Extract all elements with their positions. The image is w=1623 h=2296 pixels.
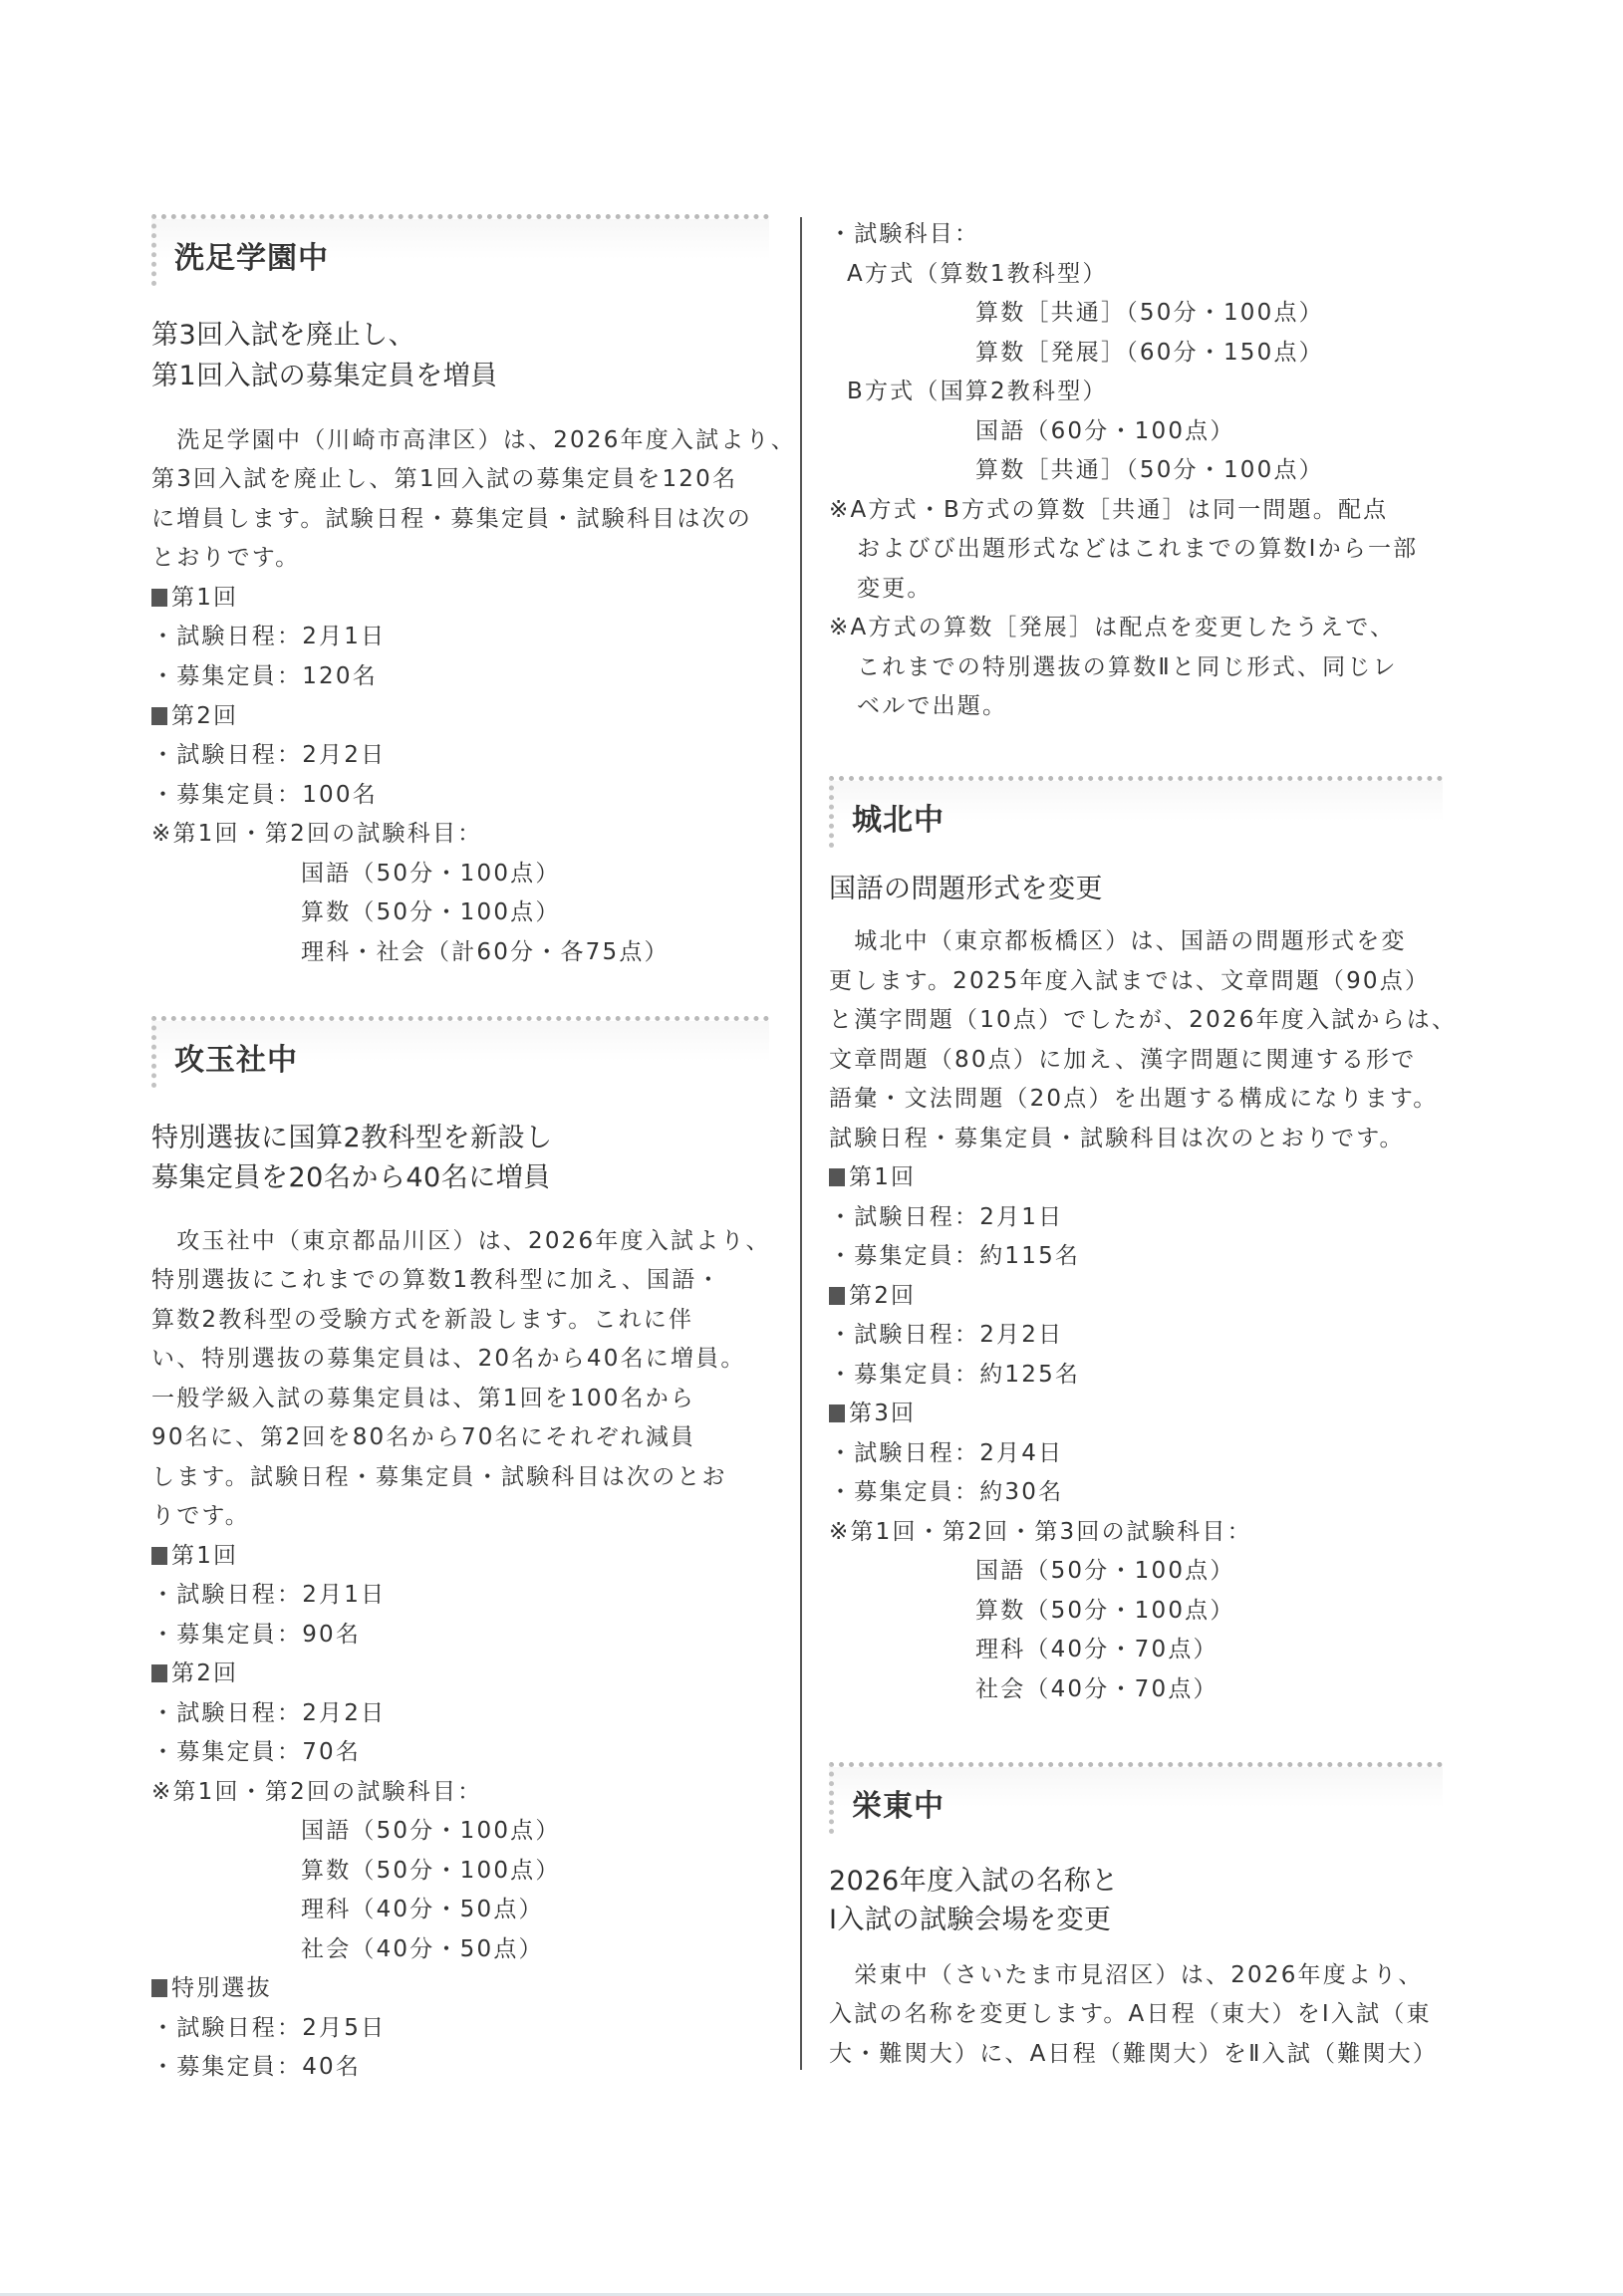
subject-item: 国語（60分・100点）: [829, 412, 1235, 445]
square-bullet-icon: [151, 1664, 167, 1682]
body-text: 試験日程・募集定員・試験科目は次のとおりです。: [829, 1120, 1405, 1152]
capacity: ・募集定員：約30名: [829, 1473, 1063, 1506]
capacity: ・募集定員：100名: [151, 776, 378, 809]
body-text: 語彙・文法問題（20点）を出題する構成になります。: [829, 1080, 1438, 1113]
method-a: A方式（算数1教科型）: [829, 255, 1108, 288]
body-text: 一般学級入試の募集定員は、第1回を100名から: [151, 1380, 695, 1412]
headline: 国語の問題形式を変更: [829, 867, 1103, 905]
school-header-senzoku: 洗足学園中: [151, 214, 769, 286]
body-text: 入試の名称を変更します。A日程（東大）をⅠ入試（東: [829, 1995, 1432, 2028]
body-text: 攻玉社中（東京都品川区）は、2026年度入試より、: [151, 1222, 771, 1255]
method-b: B方式（国算2教科型）: [829, 373, 1108, 405]
subjects-note: ※第1回・第2回・第3回の試験科目：: [829, 1513, 1252, 1546]
exam-date: ・試験日程：2月2日: [829, 1316, 1063, 1349]
body-text: 90名に、第2回を80名から70名にそれぞれ減員: [151, 1418, 695, 1451]
body-text: りです。: [151, 1497, 250, 1530]
note-text: ※A方式の算数［発展］は配点を変更したうえで、: [829, 609, 1395, 641]
round-heading: 第1回: [151, 579, 238, 612]
exam-date: ・試験日程：2月1日: [151, 618, 386, 650]
subjects-label: ・試験科目：: [829, 215, 979, 248]
round-heading: 特別選抜: [151, 1969, 272, 2002]
square-bullet-icon: [151, 1979, 167, 1997]
body-text: に増員します。試験日程・募集定員・試験科目は次の: [151, 500, 752, 533]
capacity: ・募集定員：90名: [151, 1616, 361, 1649]
school-header-johoku: 城北中: [829, 776, 1443, 848]
headline: 第3回入試を廃止し、: [151, 313, 415, 352]
capacity: ・募集定員：40名: [151, 2048, 361, 2081]
body-text: と漢字問題（10点）でしたが、2026年度入試からは、: [829, 1001, 1457, 1034]
round-heading: 第2回: [151, 1655, 238, 1687]
subject-item: 算数（50分・100点）: [151, 1852, 561, 1885]
subject-item: 理科（40分・50点）: [151, 1891, 544, 1923]
school-header-kogyokusha: 攻玉社中: [151, 1016, 769, 1088]
subject-item: 国語（50分・100点）: [151, 855, 561, 888]
exam-date: ・試験日程：2月4日: [829, 1434, 1063, 1467]
square-bullet-icon: [151, 589, 167, 607]
square-bullet-icon: [829, 1287, 845, 1305]
subject-item: 算数［発展］（60分・150点）: [829, 334, 1324, 367]
school-header-sakae-higashi: 栄東中: [829, 1762, 1443, 1834]
school-name: 攻玉社中: [174, 1035, 298, 1079]
body-text: します。試験日程・募集定員・試験科目は次のとお: [151, 1458, 727, 1491]
body-text: 文章問題（80点）に加え、漢字問題に関連する形で: [829, 1041, 1416, 1074]
capacity: ・募集定員：約125名: [829, 1356, 1080, 1389]
body-text: 栄東中（さいたま市見沼区）は、2026年度より、: [829, 1956, 1424, 1989]
body-text: 更します。2025年度入試までは、文章問題（90点）: [829, 962, 1430, 995]
round-heading: 第1回: [151, 1537, 238, 1570]
subject-item: 算数［共通］（50分・100点）: [829, 451, 1324, 484]
subject-item: 算数（50分・100点）: [151, 893, 561, 926]
capacity: ・募集定員：120名: [151, 657, 378, 690]
note-text: ベルで出題。: [829, 687, 1007, 720]
capacity: ・募集定員：70名: [151, 1733, 361, 1766]
exam-date: ・試験日程：2月2日: [151, 736, 386, 769]
body-text: 特別選抜にこれまでの算数1教科型に加え、国語・: [151, 1261, 722, 1294]
exam-date: ・試験日程：2月5日: [151, 2009, 386, 2042]
headline: 募集定員を20名から40名に増員: [151, 1155, 551, 1194]
subjects-note: ※第1回・第2回の試験科目：: [151, 815, 482, 848]
school-name: 城北中: [852, 795, 945, 839]
body-text: とおりです。: [151, 539, 300, 572]
exam-date: ・試験日程：2月1日: [829, 1198, 1063, 1231]
subject-item: 算数［共通］（50分・100点）: [829, 294, 1324, 327]
body-text: い、特別選抜の募集定員は、20名から40名に増員。: [151, 1340, 746, 1373]
exam-date: ・試験日程：2月1日: [151, 1576, 386, 1609]
subject-item: 社会（40分・50点）: [151, 1930, 544, 1963]
note-text: これまでの特別選抜の算数Ⅱと同じ形式、同じレ: [829, 648, 1398, 681]
subject-item: 算数（50分・100点）: [829, 1592, 1235, 1625]
round-heading: 第2回: [829, 1277, 916, 1310]
note-text: 変更。: [829, 570, 933, 603]
note-text: およびび出題形式などはこれまでの算数Ⅰから一部: [829, 530, 1418, 563]
school-name: 洗足学園中: [174, 233, 329, 277]
headline: Ⅰ入試の試験会場を変更: [829, 1898, 1111, 1936]
headline: 2026年度入試の名称と: [829, 1859, 1119, 1898]
note-text: ※A方式・B方式の算数［共通］は同一問題。配点: [829, 491, 1388, 524]
subject-item: 国語（50分・100点）: [829, 1552, 1235, 1585]
square-bullet-icon: [151, 707, 167, 725]
exam-date: ・試験日程：2月2日: [151, 1694, 386, 1727]
school-name: 栄東中: [852, 1781, 945, 1825]
round-heading: 第1回: [829, 1158, 916, 1191]
capacity: ・募集定員：約115名: [829, 1237, 1080, 1270]
headline: 第1回入試の募集定員を増員: [151, 354, 498, 392]
body-text: 第3回入試を廃止し、第1回入試の募集定員を120名: [151, 460, 737, 493]
body-text: 城北中（東京都板橋区）は、国語の問題形式を変: [829, 922, 1407, 955]
body-text: 算数2教科型の受験方式を新設します。これに伴: [151, 1301, 693, 1334]
subject-item: 国語（50分・100点）: [151, 1812, 561, 1845]
subjects-note: ※第1回・第2回の試験科目：: [151, 1773, 482, 1806]
headline: 特別選抜に国算2教科型を新設し: [151, 1116, 553, 1154]
body-text: 大・難関大）に、A日程（難関大）をⅡ入試（難関大）: [829, 2035, 1438, 2068]
round-heading: 第2回: [151, 697, 238, 730]
subject-item: 社会（40分・70点）: [829, 1670, 1218, 1703]
round-heading: 第3回: [829, 1395, 916, 1427]
column-divider: [800, 217, 802, 2070]
square-bullet-icon: [829, 1168, 845, 1186]
subject-item: 理科（40分・70点）: [829, 1631, 1218, 1663]
square-bullet-icon: [829, 1404, 845, 1422]
body-text: 洗足学園中（川崎市高津区）は、2026年度入試より、: [151, 421, 796, 454]
square-bullet-icon: [151, 1547, 167, 1565]
subject-item: 理科・社会（計60分・各75点）: [151, 933, 670, 966]
